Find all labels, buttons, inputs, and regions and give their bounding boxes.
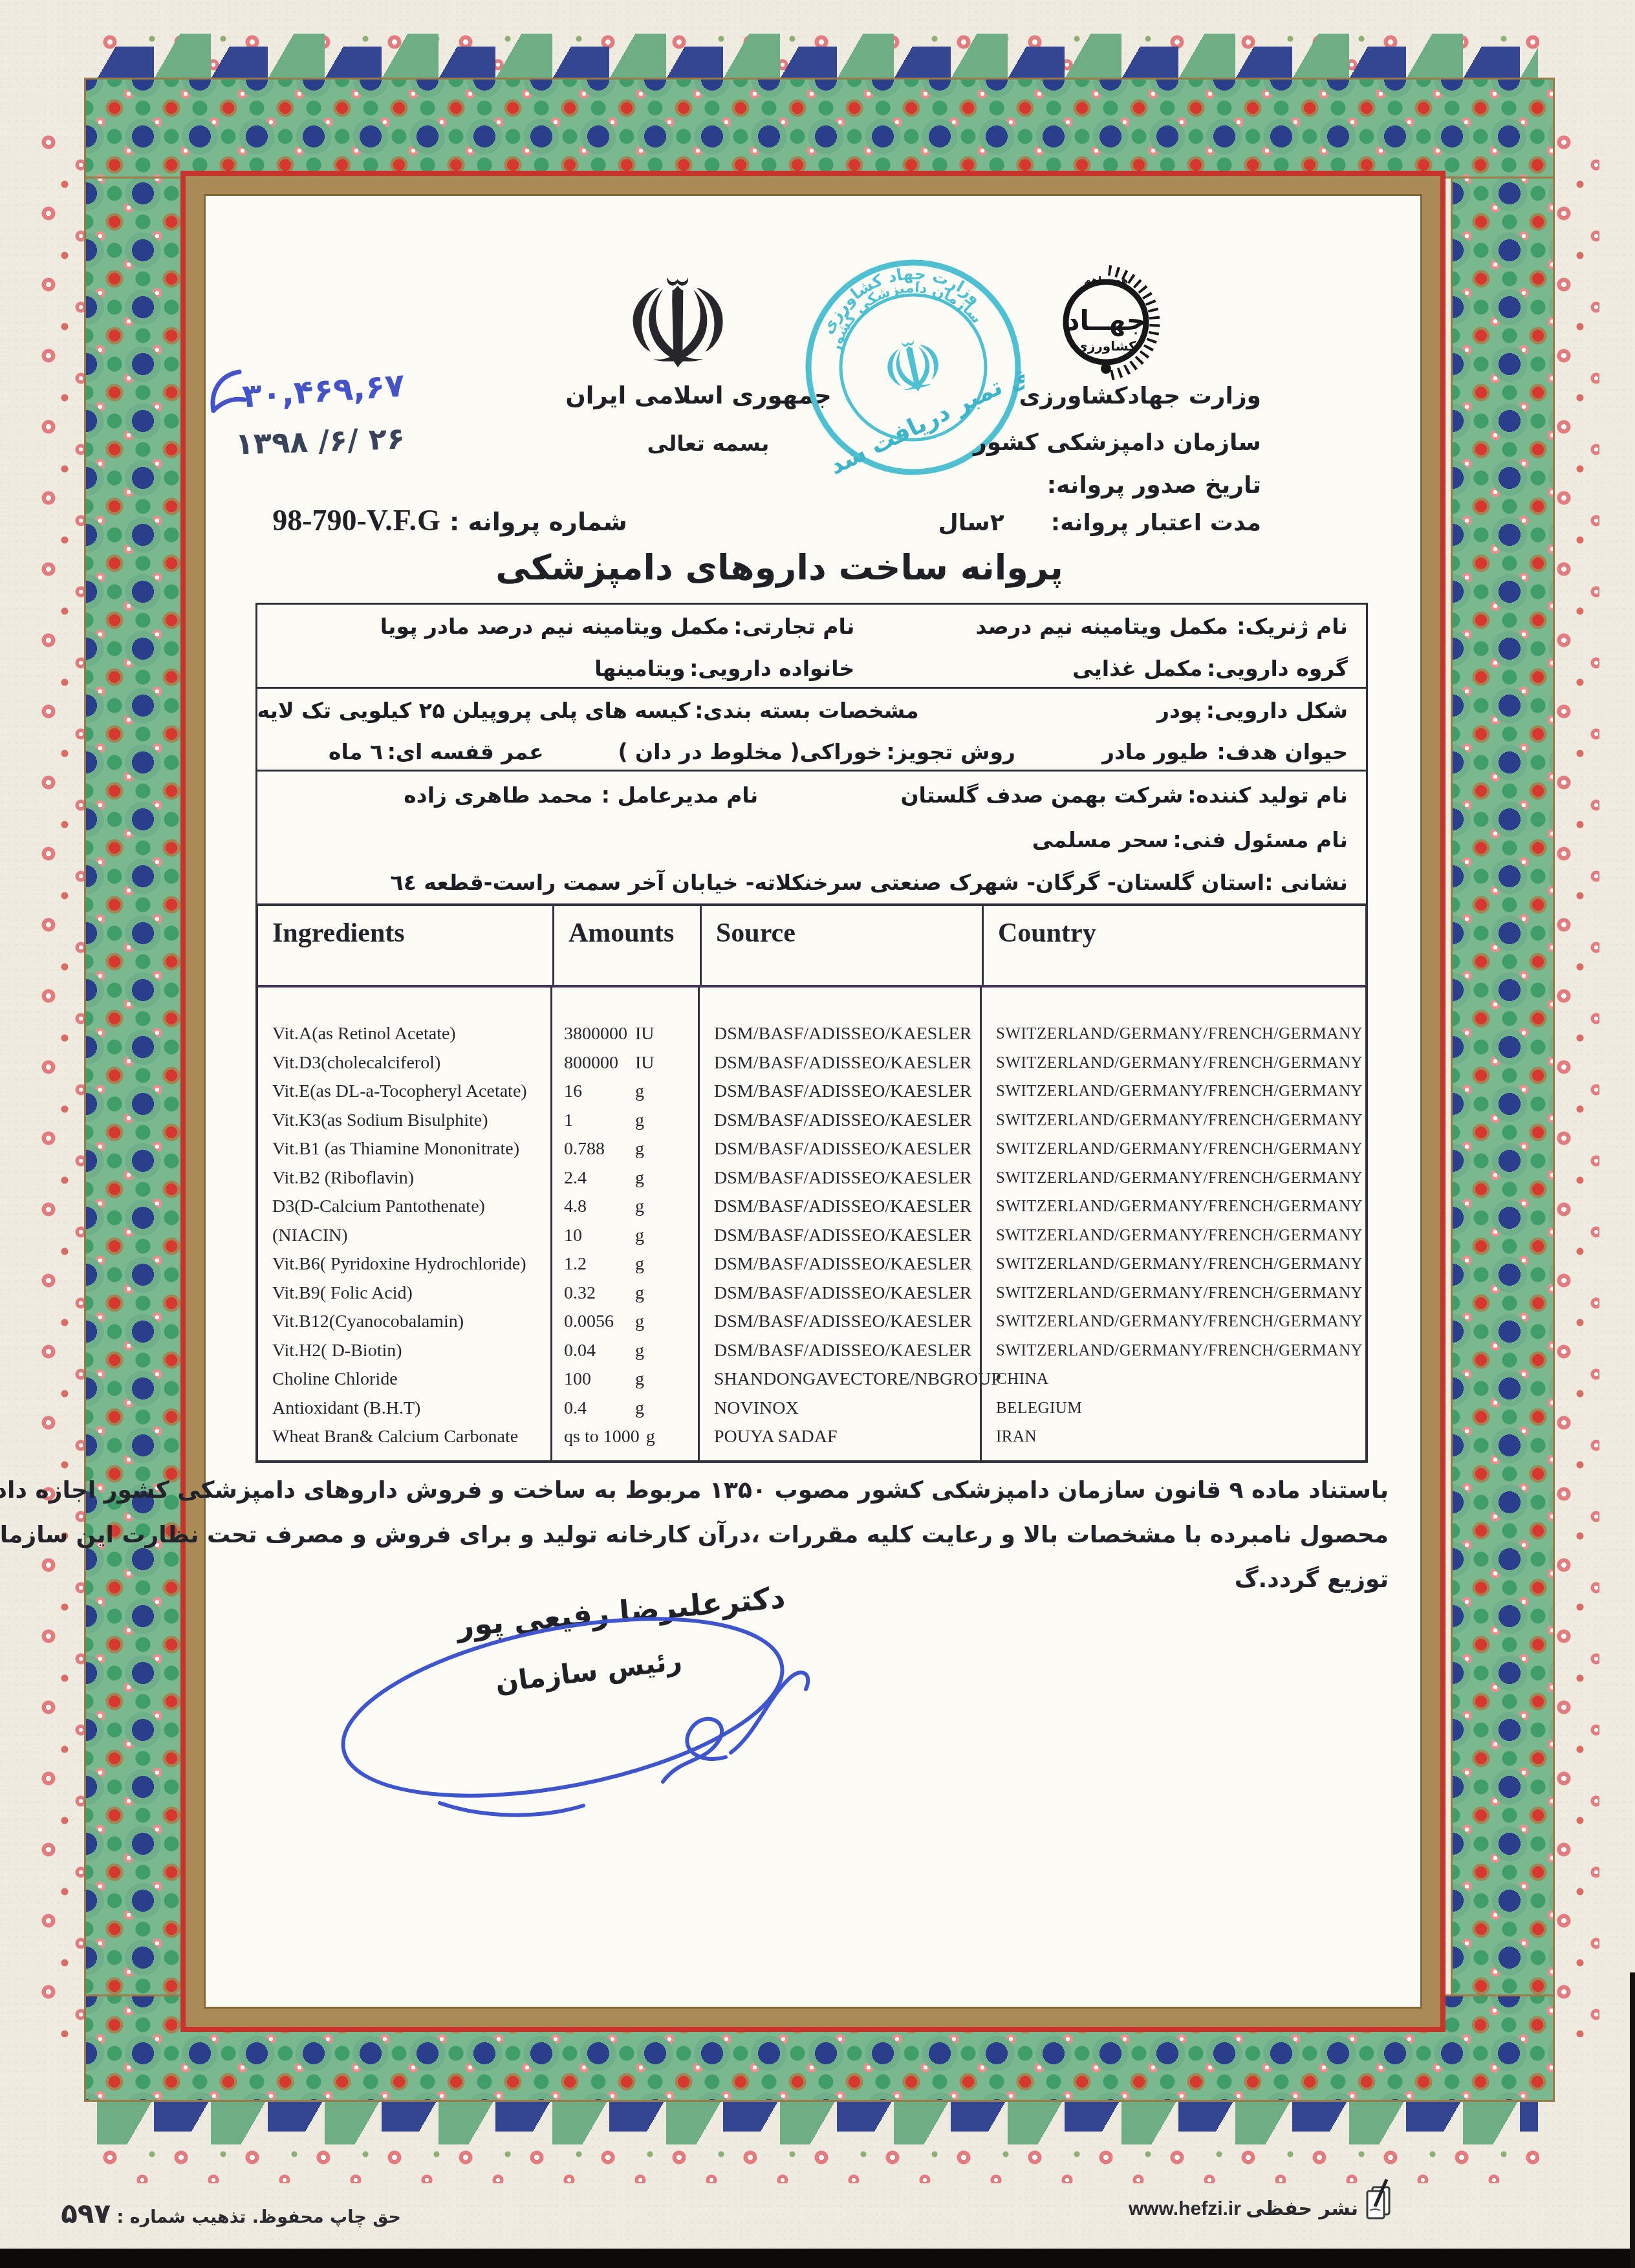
publisher-url: www.hefzi.ir — [1129, 2198, 1241, 2219]
ingredients-table: Ingredients Amounts Source Country Vit.A… — [255, 903, 1368, 1463]
producer-box: نام تولید کننده: شرکت بهمن صدف گلستان نا… — [255, 770, 1368, 905]
generic-name-field: نام ژنریک: مکمل ویتامینه نیم درصد — [854, 614, 1348, 639]
handwritten-flourish — [194, 362, 252, 420]
ingredient-row: Vit.B6( Pyridoxine Hydrochloride) 1.2g D… — [258, 1250, 1365, 1279]
license-number-line: شماره پروانه : 98-790-V.F.G — [272, 503, 627, 537]
border-flower-spray-left — [36, 129, 84, 2037]
column-divider — [550, 988, 552, 1460]
ingredient-cell: Vit.B9( Folic Acid) — [258, 1283, 552, 1304]
country-cell: SWITZERLAND/GERMANY/FRENCH/GERMANY — [982, 1313, 1365, 1331]
handwritten-issue-date: ۱۳۹۸ /۶/ ۲۶ — [213, 420, 428, 462]
form-box: شکل دارویی: پودر مشخصات بسته بندی: کیسه … — [255, 687, 1368, 772]
source-cell: DSM/BASF/ADISSEO/KAESLER — [700, 1341, 982, 1361]
names-box: نام ژنریک: مکمل ویتامینه نیم درصد نام تج… — [255, 603, 1368, 689]
country-cell: SWITZERLAND/GERMANY/FRENCH/GERMANY — [982, 1198, 1365, 1216]
country-cell: SWITZERLAND/GERMANY/FRENCH/GERMANY — [982, 1255, 1365, 1273]
amount-cell: 1.2g — [552, 1254, 700, 1275]
source-cell: SHANDONGAVECTORE/NBGROUP — [700, 1369, 982, 1390]
ingredient-row: Wheat Bran& Calcium Carbonate qs to 1000… — [258, 1423, 1365, 1452]
amount-cell: 800000IU — [552, 1053, 700, 1074]
ingredient-cell: (NIACIN) — [258, 1226, 552, 1246]
ingredient-cell: Vit.B2 (Riboflavin) — [258, 1168, 552, 1189]
header-source: Source — [700, 906, 982, 985]
scan-edge-shadow — [1630, 1972, 1635, 2268]
administration-route-field: روش تجویز: خوراکی( مخلوط در دان ) — [544, 739, 1016, 764]
technical-manager-field: نام مسئول فنی: سحر مسلمی — [276, 827, 1348, 852]
source-cell: NOVINOX — [700, 1398, 982, 1419]
country-cell: SWITZERLAND/GERMANY/FRENCH/GERMANY — [982, 1140, 1365, 1158]
ingredient-row: (NIACIN) 10g DSM/BASF/ADISSEO/KAESLER SW… — [258, 1222, 1365, 1251]
ingredient-row: Choline Chloride 100g SHANDONGAVECTORE/N… — [258, 1365, 1365, 1394]
ingredient-cell: Choline Chloride — [258, 1369, 552, 1390]
amount-cell: 0.04g — [552, 1341, 700, 1361]
source-cell: DSM/BASF/ADISSEO/KAESLER — [700, 1312, 982, 1332]
source-cell: DSM/BASF/ADISSEO/KAESLER — [700, 1139, 982, 1160]
border-flower-spray-bottom — [97, 2144, 1539, 2183]
source-cell: POUYA SADAF — [700, 1427, 982, 1447]
country-cell: SWITZERLAND/GERMANY/FRENCH/GERMANY — [982, 1227, 1365, 1245]
license-label: شماره پروانه : — [449, 508, 627, 536]
source-cell: DSM/BASF/ADISSEO/KAESLER — [700, 1081, 982, 1102]
source-cell: DSM/BASF/ADISSEO/KAESLER — [700, 1226, 982, 1246]
source-cell: DSM/BASF/ADISSEO/KAESLER — [700, 1053, 982, 1074]
ingredient-row: Vit.B2 (Riboflavin) 2.4g DSM/BASF/ADISSE… — [258, 1164, 1365, 1193]
ingredient-cell: Vit.B6( Pyridoxine Hydrochloride) — [258, 1254, 552, 1275]
ingredient-cell: Antioxidant (B.H.T) — [258, 1398, 552, 1419]
ingredients-table-header: Ingredients Amounts Source Country — [258, 906, 1365, 988]
country-cell: SWITZERLAND/GERMANY/FRENCH/GERMANY — [982, 1169, 1365, 1187]
ingredients-tbody: Vit.A(as Retinol Acetate) 3800000IU DSM/… — [258, 988, 1365, 1460]
ingredient-row: Vit.D3(cholecalciferol) 800000IU DSM/BAS… — [258, 1049, 1365, 1078]
ingredient-cell: Vit.B1 (as Thiamine Mononitrate) — [258, 1139, 552, 1160]
column-divider — [980, 988, 982, 1460]
amount-cell: 3800000IU — [552, 1024, 700, 1044]
amount-cell: 1g — [552, 1110, 700, 1131]
ingredient-cell: D3(D-Calcium Pantothenate) — [258, 1196, 552, 1217]
ingredient-row: Vit.B9( Folic Acid) 0.32g DSM/BASF/ADISS… — [258, 1279, 1365, 1308]
amount-cell: 0.788g — [552, 1139, 700, 1160]
drug-group-field: گروه دارویی: مکمل غذایی — [854, 656, 1348, 681]
country-cell: CHINA — [982, 1370, 1365, 1388]
print-rights-note: حق چاپ محفوظ. تذهیب شماره : ۵۹۷ — [91, 2198, 401, 2229]
svg-text:کشاورزی: کشاورزی — [1076, 338, 1136, 354]
ingredient-cell: Vit.K3(as Sodium Bisulphite) — [258, 1110, 552, 1131]
ingredient-row: Antioxidant (B.H.T) 0.4g NOVINOX BELEGIU… — [258, 1394, 1365, 1423]
country-cell: SWITZERLAND/GERMANY/FRENCH/GERMANY — [982, 1025, 1365, 1043]
jihad-keshavarzi-logo: همه باهم جهــاد کشاورزی — [1049, 260, 1172, 389]
handwritten-signature — [278, 1565, 912, 1843]
amount-cell: 16g — [552, 1081, 700, 1102]
shelf-life-field: عمر قفسه ای: ٦ ماه — [276, 739, 544, 764]
address-field: نشانی :استان گلستان- گرگان- شهرک صنعتی س… — [276, 870, 1348, 895]
amount-cell: 0.4g — [552, 1398, 700, 1419]
header-country: Country — [982, 906, 1365, 985]
ornamental-border-top — [84, 78, 1555, 178]
validity-value: ۲سال — [938, 510, 1004, 536]
country-cell: SWITZERLAND/GERMANY/FRENCH/GERMANY — [982, 1054, 1365, 1072]
country-cell: SWITZERLAND/GERMANY/FRENCH/GERMANY — [982, 1112, 1365, 1130]
producer-field: نام تولید کننده: شرکت بهمن صدف گلستان — [758, 783, 1348, 808]
packaging-field: مشخصات بسته بندی: کیسه های پلی پروپیلن ۲… — [276, 698, 919, 723]
svg-text:همه باهم: همه باهم — [1084, 274, 1128, 286]
country-cell: BELEGIUM — [982, 1399, 1365, 1418]
ingredient-row: Vit.B1 (as Thiamine Mononitrate) 0.788g … — [258, 1135, 1365, 1164]
border-flower-spray-right — [1551, 129, 1599, 2037]
country-cell: SWITZERLAND/GERMANY/FRENCH/GERMANY — [982, 1284, 1365, 1302]
ingredient-cell: Vit.A(as Retinol Acetate) — [258, 1024, 552, 1044]
source-cell: DSM/BASF/ADISSEO/KAESLER — [700, 1024, 982, 1044]
authorization-line: محصول نامبرده با مشخصات بالا و رعایت کلی… — [191, 1513, 1389, 1557]
ingredient-row: Vit.A(as Retinol Acetate) 3800000IU DSM/… — [258, 1020, 1365, 1049]
header-amounts: Amounts — [552, 906, 700, 985]
iran-emblem-icon: ☫ — [613, 264, 742, 387]
ingredient-row: Vit.K3(as Sodium Bisulphite) 1g DSM/BASF… — [258, 1107, 1365, 1136]
publisher-line: نشر حفظی www.hefzi.ir — [1164, 2198, 1358, 2220]
trade-name-field: نام تجارتی: مکمل ویتامینه نیم درصد مادر … — [276, 614, 854, 639]
dosage-form-field: شکل دارویی: پودر — [919, 698, 1348, 723]
ministry-name: وزارت جهادکشاورزی — [1019, 383, 1261, 409]
header-ingredients: Ingredients — [258, 906, 552, 985]
issue-date-label: تاریخ صدور پروانه: — [1047, 472, 1261, 499]
drug-family-field: خانواده دارویی: ویتامینها — [276, 656, 854, 681]
validity-field: مدت اعتبار پروانه: ۲سال — [938, 510, 1261, 536]
scan-black-band — [0, 2249, 1635, 2268]
amount-cell: 100g — [552, 1369, 700, 1390]
source-cell: DSM/BASF/ADISSEO/KAESLER — [700, 1283, 982, 1304]
ceo-field: نام مدیرعامل : محمد طاهری زاده — [276, 783, 758, 808]
ingredient-cell: Wheat Bran& Calcium Carbonate — [258, 1427, 552, 1447]
amount-cell: qs to 1000g — [552, 1427, 700, 1447]
ingredient-cell: Vit.E(as DL-a-Tocopheryl Acetate) — [258, 1081, 552, 1102]
publisher-logo-icon — [1358, 2178, 1397, 2223]
ingredient-row: Vit.B12(Cyanocobalamin) 0.0056g DSM/BASF… — [258, 1308, 1365, 1337]
svg-text:جهــاد: جهــاد — [1066, 305, 1146, 337]
source-cell: DSM/BASF/ADISSEO/KAESLER — [700, 1168, 982, 1189]
amount-cell: 10g — [552, 1226, 700, 1246]
certificate-page: ۳۰,۴۶۹,۶۷ ۱۳۹۸ /۶/ ۲۶ ☫ جمهوری اسلامی ای… — [0, 0, 1635, 2268]
source-cell: DSM/BASF/ADISSEO/KAESLER — [700, 1110, 982, 1131]
amount-cell: 0.0056g — [552, 1312, 700, 1332]
ingredient-cell: Vit.H2( D-Biotin) — [258, 1341, 552, 1361]
country-cell: IRAN — [982, 1428, 1365, 1446]
country-cell: SWITZERLAND/GERMANY/FRENCH/GERMANY — [982, 1342, 1365, 1360]
amount-cell: 0.32g — [552, 1283, 700, 1304]
gilding-number: ۵۹۷ — [61, 2198, 111, 2229]
border-fringe-top — [97, 34, 1538, 79]
document-title: پروانه ساخت داروهای دامپزشکی — [453, 547, 1106, 588]
amount-cell: 4.8g — [552, 1196, 700, 1217]
ornamental-border-left — [84, 78, 188, 2102]
ingredient-row: Vit.H2( D-Biotin) 0.04g DSM/BASF/ADISSEO… — [258, 1337, 1365, 1366]
ingredient-row: D3(D-Calcium Pantothenate) 4.8g DSM/BASF… — [258, 1193, 1365, 1222]
ingredient-cell: Vit.B12(Cyanocobalamin) — [258, 1312, 552, 1332]
license-number: 98-790-V.F.G — [272, 504, 441, 537]
organization-name: سازمان دامپزشکی کشور — [973, 429, 1261, 456]
source-cell: DSM/BASF/ADISSEO/KAESLER — [700, 1196, 982, 1217]
source-cell: DSM/BASF/ADISSEO/KAESLER — [700, 1254, 982, 1275]
amount-cell: 2.4g — [552, 1168, 700, 1189]
column-divider — [698, 988, 700, 1460]
border-fringe-bottom — [97, 2098, 1538, 2144]
ingredient-row: Vit.E(as DL-a-Tocopheryl Acetate) 16g DS… — [258, 1077, 1365, 1107]
invocation-line: بسمه تعالی — [579, 431, 838, 456]
authorization-line: باستناد ماده ۹ قانون سازمان دامپزشکی کشو… — [191, 1468, 1389, 1513]
validity-label: مدت اعتبار پروانه: — [1051, 510, 1261, 536]
target-animal-field: حیوان هدف: طیور مادر — [1015, 739, 1348, 764]
ingredient-cell: Vit.D3(cholecalciferol) — [258, 1053, 552, 1074]
ornamental-border-right — [1451, 78, 1555, 2102]
country-cell: SWITZERLAND/GERMANY/FRENCH/GERMANY — [982, 1083, 1365, 1101]
